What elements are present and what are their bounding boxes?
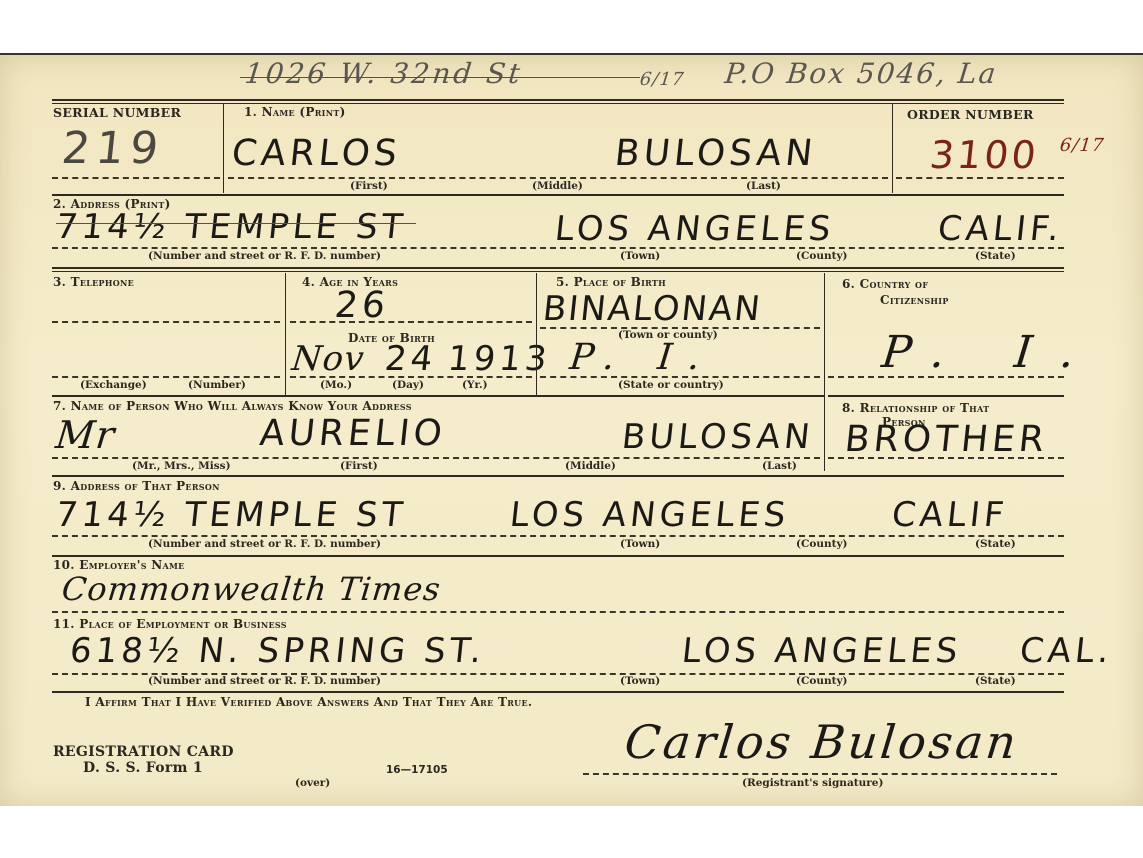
employment-street-value: 618½ N. SPRING ST.: [68, 631, 487, 671]
dob-sub-year: (Yr.): [462, 379, 488, 391]
signature-dash-line: [583, 773, 1057, 775]
footer-form: D. S. S. Form 1: [83, 760, 203, 776]
age-dash-line: [290, 321, 532, 323]
dob-day-value: 24: [383, 339, 438, 379]
dob-month-value: Nov: [290, 339, 367, 379]
contact-street-value: 714½ TEMPLE ST: [54, 495, 409, 535]
registrant-signature: Carlos Bulosan: [622, 715, 1021, 769]
row4-rule: [52, 475, 1064, 477]
telephone-dash-line-1: [52, 321, 280, 323]
dob-sub-day: (Day): [392, 379, 424, 391]
place-of-birth-label: 5. Place of Birth: [556, 275, 666, 289]
row2-rule-thin: [52, 271, 1064, 272]
citizenship-value: P. I.: [879, 327, 1104, 378]
serial-number-label: SERIAL NUMBER: [53, 105, 181, 120]
telephone-sub-exchange: (Exchange): [80, 379, 147, 391]
footer-print-code: 16—17105: [386, 764, 448, 776]
top-date-note: 6/17: [639, 69, 686, 90]
first-name-value: CARLOS: [230, 133, 403, 174]
telephone-divider: [285, 273, 286, 395]
employment-place-label: 11. Place of Employment or Business: [53, 617, 287, 631]
contact-sub-county: (County): [796, 538, 848, 550]
affirmation-text: I Affirm That I Have Verified Above Answ…: [85, 695, 532, 709]
citizenship-dash-line: [828, 376, 1064, 378]
serial-dash-line: [52, 177, 220, 179]
contact-sub-first: (First): [340, 460, 378, 472]
contact-sub-title: (Mr., Mrs., Miss): [132, 460, 231, 472]
order-number-label: ORDER NUMBER: [907, 107, 1034, 122]
contact-person-label: 7. Name of Person Who Will Always Know Y…: [53, 399, 412, 413]
name-dash-line: [228, 177, 888, 179]
address-dash-line: [52, 247, 1064, 249]
row5-rule: [52, 555, 1064, 557]
address-sub-state: (State): [975, 250, 1016, 262]
row1-rule: [52, 194, 1064, 196]
strikethrough-line: [240, 77, 640, 78]
employment-town-value: LOS ANGELES: [680, 631, 964, 671]
birth-state-value: P. I.: [568, 337, 718, 378]
contact-sub-town: (Town): [620, 538, 660, 550]
dob-dash-line: [290, 376, 532, 378]
employer-value: Commonwealth Times: [60, 570, 443, 608]
contact-state-value: CALIF: [890, 495, 1010, 535]
address-sub-town: (Town): [620, 250, 660, 262]
row3-rule-left: [52, 395, 824, 397]
name-sub-last: (Last): [746, 180, 781, 192]
relationship-label-1: 8. Relationship of That: [842, 401, 989, 415]
struck-old-address: 1026 W. 32nd St: [243, 57, 524, 90]
contact-sub-state: (State): [975, 538, 1016, 550]
employment-state-value: CAL.: [1018, 631, 1115, 671]
address-strikethrough: [56, 223, 416, 224]
address-street-value: 714½ TEMPLE ST: [54, 207, 409, 247]
address-town-value: LOS ANGELES: [553, 209, 837, 249]
dob-sub-month: (Mo.): [320, 379, 352, 391]
contact-dash-line: [52, 457, 820, 459]
contact-address-label: 9. Address of That Person: [53, 479, 220, 493]
contact-sub-middle: (Middle): [565, 460, 616, 472]
relationship-dash-line: [828, 457, 1064, 459]
contact-first-value: AURELIO: [258, 413, 448, 454]
contact-address-dash-line: [52, 535, 1064, 537]
birth-divider: [824, 273, 825, 471]
address-sub-street: (Number and street or R. F. D. number): [148, 250, 381, 262]
contact-sub-last: (Last): [762, 460, 797, 472]
birth-sub-state: (State or country): [618, 379, 724, 391]
order-date-note: 6/17: [1059, 135, 1106, 156]
serial-number-value: 219: [59, 123, 166, 174]
age-divider: [536, 273, 537, 395]
address-state-value: CALIF.: [936, 209, 1065, 249]
name-sub-first: (First): [350, 180, 388, 192]
name-sub-middle: (Middle): [532, 180, 583, 192]
new-address-note: P.O Box 5046, La: [723, 57, 999, 90]
order-dash-line: [896, 177, 1064, 179]
citizenship-label-2: Citizenship: [880, 293, 949, 307]
footer-title: REGISTRATION CARD: [53, 744, 234, 760]
employment-sub-street: (Number and street or R. F. D. number): [148, 675, 381, 687]
birth-town-value: BINALONAN: [541, 289, 764, 329]
row3-rule-right: [828, 395, 1064, 397]
birth-state-dash-line: [540, 376, 820, 378]
name-label: 1. Name (Print): [244, 105, 346, 119]
citizenship-label-1: 6. Country of: [842, 277, 928, 291]
contact-title-value: Mr: [54, 413, 118, 457]
contact-sub-street: (Number and street or R. F. D. number): [148, 538, 381, 550]
footer-over: (over): [295, 777, 330, 789]
telephone-sub-number: (Number): [188, 379, 246, 391]
serial-divider: [223, 103, 224, 193]
contact-town-value: LOS ANGELES: [508, 495, 792, 535]
telephone-label: 3. Telephone: [53, 275, 134, 289]
address-sub-county: (County): [796, 250, 848, 262]
last-name-value: BULOSAN: [613, 133, 819, 174]
relationship-value: BROTHER: [843, 419, 1050, 460]
order-divider: [892, 103, 893, 193]
employment-sub-state: (State): [975, 675, 1016, 687]
top-rule: [52, 99, 1064, 101]
telephone-dash-line-2: [52, 376, 280, 378]
employment-sub-county: (County): [796, 675, 848, 687]
employment-sub-town: (Town): [620, 675, 660, 687]
employer-dash-line: [52, 611, 1064, 613]
contact-last-value: BULOSAN: [620, 417, 816, 457]
registration-card: 1026 W. 32nd St 6/17 P.O Box 5046, La SE…: [0, 53, 1143, 806]
top-rule-thin: [52, 103, 1064, 104]
order-number-value: 3100: [928, 133, 1041, 177]
row2-rule: [52, 267, 1064, 269]
row7-rule: [52, 691, 1064, 693]
signature-sub: (Registrant's signature): [742, 777, 883, 789]
age-value: 26: [333, 285, 391, 326]
